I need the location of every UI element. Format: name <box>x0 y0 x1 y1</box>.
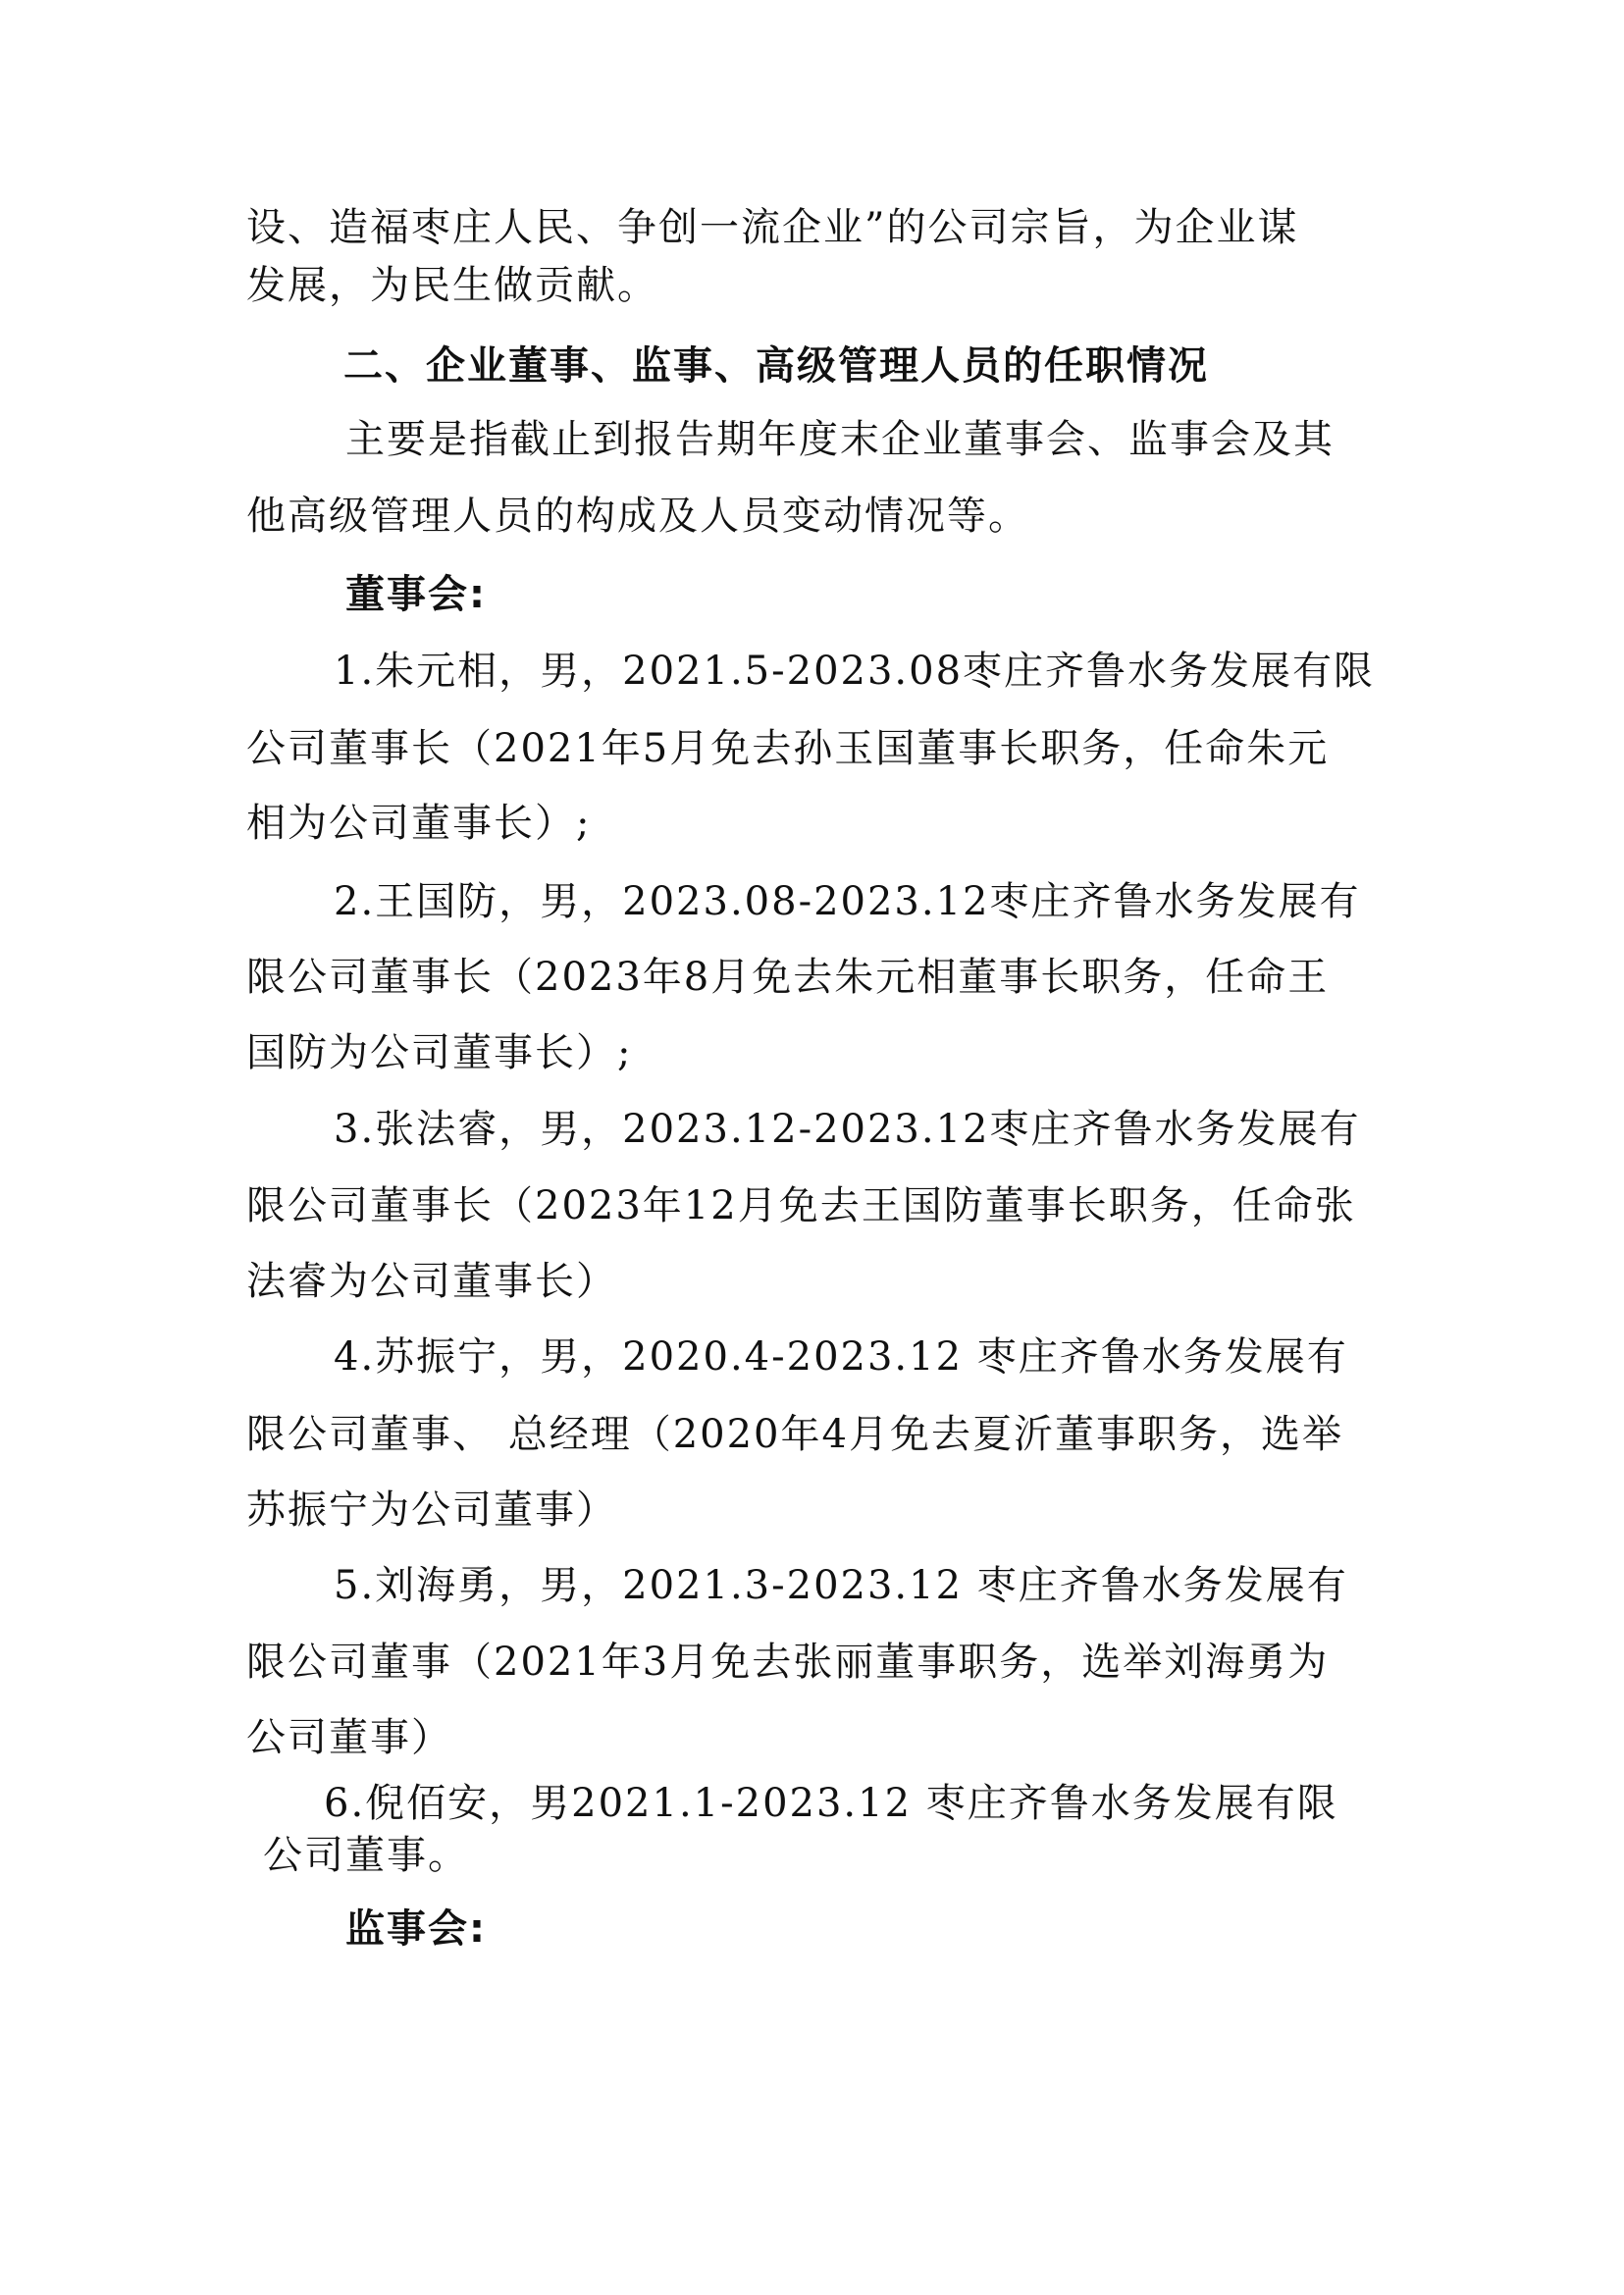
board-of-supervisors-heading: 监事会: <box>345 1904 487 1955</box>
board-of-directors-heading: 董事会: <box>345 569 487 620</box>
director-2-line-3: 国防为公司董事长）; <box>246 1027 632 1078</box>
director-1-line-3: 相为公司董事长）; <box>246 798 591 849</box>
director-5-line-2: 限公司董事（2021年3月免去张丽董事职务，选举刘海勇为 <box>246 1637 1329 1688</box>
director-4-line-1: 4.苏振宁，男，2020.4-2023.12 枣庄齐鲁水务发展有 <box>334 1331 1348 1382</box>
intro-line-2: 发展，为民生做贡献。 <box>246 260 658 311</box>
director-3-line-1: 3.张法睿，男，2023.12-2023.12枣庄齐鲁水务发展有 <box>334 1104 1361 1155</box>
director-6-line-1: 6.倪佰安，男2021.1-2023.12 枣庄齐鲁水务发展有限 <box>324 1778 1338 1829</box>
director-4-line-3: 苏振宁为公司董事） <box>246 1485 617 1536</box>
director-6-line-2: 公司董事。 <box>263 1830 469 1881</box>
section-description-line-1: 主要是指截止到报告期年度末企业董事会、监事会及其 <box>345 414 1335 465</box>
document-page: 设、造福枣庄人民、争创一流企业”的公司宗旨，为企业谋 发展，为民生做贡献。 二、… <box>0 0 1624 2295</box>
director-2-line-2: 限公司董事长（2023年8月免去朱元相董事长职务，任命王 <box>246 952 1329 1003</box>
director-3-line-3: 法睿为公司董事长） <box>246 1256 617 1307</box>
intro-line-1: 设、造福枣庄人民、争创一流企业”的公司宗旨，为企业谋 <box>246 202 1385 253</box>
director-4-line-2: 限公司董事、 总经理（2020年4月免去夏沂董事职务，选举 <box>246 1409 1343 1460</box>
director-1-line-2: 公司董事长（2021年5月免去孙玉国董事长职务，任命朱元 <box>246 723 1329 774</box>
director-3-line-2: 限公司董事长（2023年12月免去王国防董事长职务，任命张 <box>246 1180 1356 1231</box>
section-heading: 二、企业董事、监事、高级管理人员的任职情况 <box>343 340 1209 391</box>
director-1-line-1: 1.朱元相，男，2021.5-2023.08枣庄齐鲁水务发展有限 <box>334 646 1375 697</box>
section-description-line-2: 他高级管理人员的构成及人员变动情况等。 <box>246 491 1029 542</box>
director-5-line-1: 5.刘海勇，男，2021.3-2023.12 枣庄齐鲁水务发展有 <box>334 1560 1348 1611</box>
director-5-line-3: 公司董事） <box>246 1712 452 1763</box>
director-2-line-1: 2.王国防，男，2023.08-2023.12枣庄齐鲁水务发展有 <box>334 876 1361 927</box>
